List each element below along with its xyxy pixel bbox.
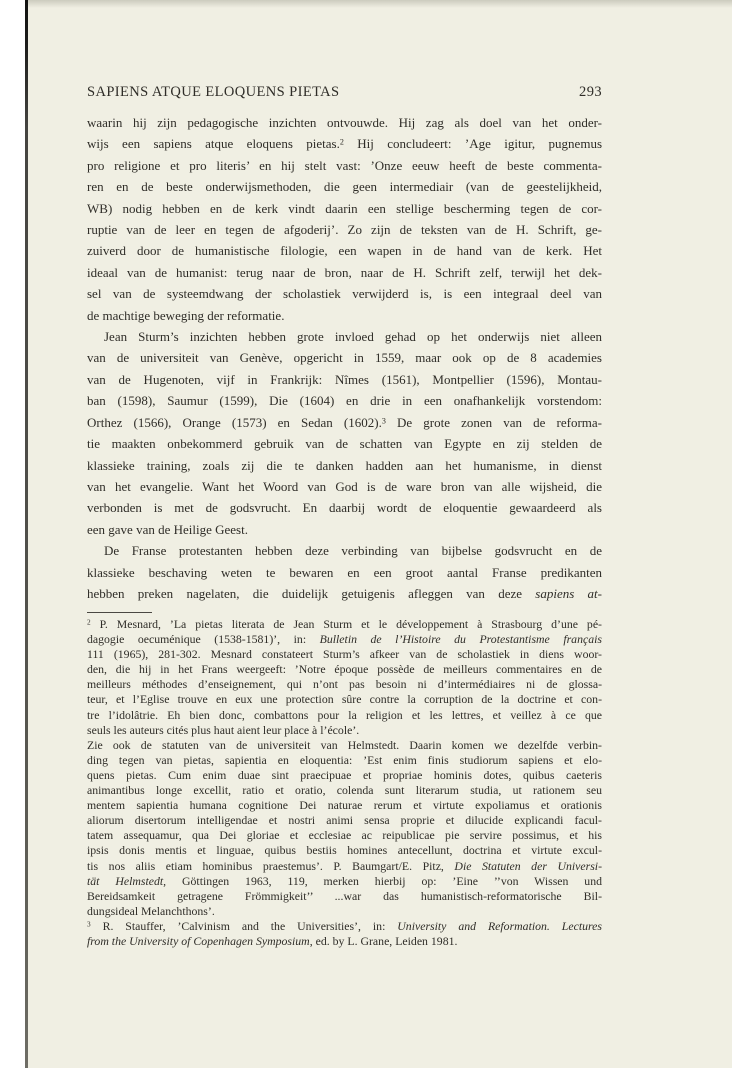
footnote-line: from the University of Copenhagen Sympos… <box>87 934 602 949</box>
footnote-line: seuls les auteurs cités plus haut aient … <box>87 723 602 738</box>
footnote-line: Bereidsamkeit getragene Frömmigkeit’’ ..… <box>87 889 602 904</box>
body-line: sel van de systeemdwang der scholastiek … <box>87 283 602 304</box>
body-text: waarin hij zijn pedagogische inzichten o… <box>87 112 602 604</box>
body-line: ban (1598), Saumur (1599), Die (1604) en… <box>87 390 602 411</box>
scanned-book-page: SAPIENS ATQUE ELOQUENS PIETAS 293 waarin… <box>0 0 738 1068</box>
footnote-line: tre l’idolâtrie. Eh bien donc, combatton… <box>87 708 602 723</box>
body-line: van de Hugenoten, vijf in Frankrijk: Nîm… <box>87 369 602 390</box>
footnote-line: ding tegen van pietas, sapientia en eloq… <box>87 753 602 768</box>
footnote-line: dagogie oecuménique (1538-1581)’, in: Bu… <box>87 632 602 647</box>
body-line: WB) nodig hebben en de kerk vindt daarin… <box>87 198 602 219</box>
page-header: SAPIENS ATQUE ELOQUENS PIETAS 293 <box>87 84 602 101</box>
footnote-line: mentem sapientia humana cognitione Dei n… <box>87 798 602 813</box>
body-line: wijs een sapiens atque eloquens pietas.2… <box>87 133 602 154</box>
footnote-line: animantibus longe excellit, ratio et ora… <box>87 783 602 798</box>
body-line: hebben preken nagelaten, die duidelijk g… <box>87 583 602 604</box>
body-line: een gave van de Heilige Geest. <box>87 519 602 540</box>
footnote-line: ipsis donis mentis et linguae, quibus be… <box>87 843 602 858</box>
scan-top-shadow <box>28 0 732 8</box>
footnote-line: tatem assequamur, qua Dei gloriae et ecc… <box>87 828 602 843</box>
body-line: klassieke beschaving weten te bewaren en… <box>87 562 602 583</box>
body-line: klassieke training, zoals zij die te dan… <box>87 455 602 476</box>
body-line: van de universiteit van Genève, opgerich… <box>87 347 602 368</box>
footnote-line: aliorum disertorum intelligendae et nost… <box>87 813 602 828</box>
footnote-line: 111 (1965), 281-302. Mesnard constateert… <box>87 647 602 662</box>
footnote-line: meilleurs méthodes d’enseignement, qui n… <box>87 677 602 692</box>
footnote-line: tät Helmstedt, Göttingen 1963, 119, merk… <box>87 874 602 889</box>
body-line: ideaal van de humanist: terug naar de br… <box>87 262 602 283</box>
body-line: waarin hij zijn pedagogische inzichten o… <box>87 112 602 133</box>
footnote-line: den, die hij in het Frans weergeeft: ’No… <box>87 662 602 677</box>
body-line: De Franse protestanten hebben deze verbi… <box>87 540 602 561</box>
body-line: van het evangelie. Want het Woord van Go… <box>87 476 602 497</box>
footnotes: 2 P. Mesnard, ’La pietas literata de Jea… <box>87 617 602 949</box>
body-line: verbonden is met de godsvrucht. En daarb… <box>87 497 602 518</box>
page-number: 293 <box>579 84 602 101</box>
footnote-line: dungsideal Melanchthons’. <box>87 904 602 919</box>
body-line: ruptie van de leer en tegen de afgoderij… <box>87 219 602 240</box>
running-title: SAPIENS ATQUE ELOQUENS PIETAS <box>87 84 340 101</box>
body-line: de machtige beweging der reformatie. <box>87 305 602 326</box>
footnote-line: quens pietas. Cum enim duae sint praecip… <box>87 768 602 783</box>
body-line: Jean Sturm’s inzichten hebben grote invl… <box>87 326 602 347</box>
footnote-line: 2 P. Mesnard, ’La pietas literata de Jea… <box>87 617 602 632</box>
body-line: tie maakten onbekommerd gebruik van de s… <box>87 433 602 454</box>
body-line: ren en de beste onderwijsmethoden, die g… <box>87 176 602 197</box>
footnote-separator <box>87 612 152 613</box>
body-line: zuiverd door de humanistische filologie,… <box>87 240 602 261</box>
footnote-line: 3 R. Stauffer, ’Calvinism and the Univer… <box>87 919 602 934</box>
body-line: Orthez (1566), Orange (1573) en Sedan (1… <box>87 412 602 433</box>
footnote-line: Zie ook de statuten van de universiteit … <box>87 738 602 753</box>
body-line: pro religione et pro literis’ en hij ste… <box>87 155 602 176</box>
footnote-line: tis nos aliis etiam hominibus praestemus… <box>87 859 602 874</box>
footnote-line: teur, et l’Eglise trouve en eux une prot… <box>87 692 602 707</box>
